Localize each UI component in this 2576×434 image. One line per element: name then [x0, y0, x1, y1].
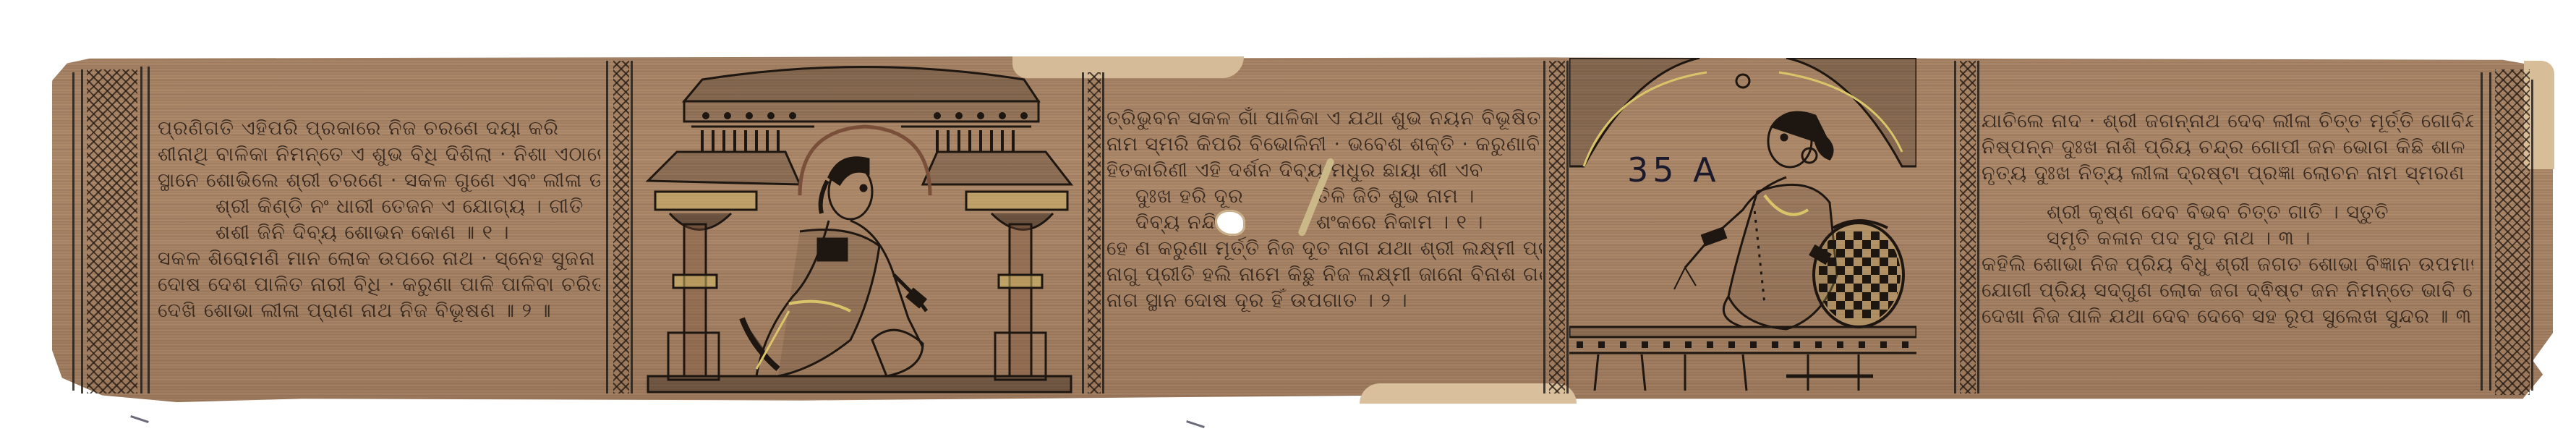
text-line: ପ୍ରଣିଗତି ଏହିପରି ପ୍ରକାରେ ନିଜ ଚରଣେ ଦୟା କରି [158, 116, 600, 142]
folio-number-annotation: 35 A [1627, 150, 1720, 190]
text-line: ନିଷ୍ପନ୍ନ ଦୁଃଖ ନାଶି ପ୍ରିୟ ଚନ୍ଦ୍ର ଗୋପୀ ଜନ … [1982, 135, 2473, 161]
text-line: ଦୋଷ ଦେଶ ପାଳିତ ନାରୀ ବିଧି · କରୁଣା ପାଳି ପାଳ… [158, 272, 600, 298]
border-line [81, 69, 83, 393]
text-block-center: ତ୍ରିଭୁବନ ସକଳ ଗାଁ ପାଳିକା ଏ ଯଥା ଶୁଭ ନୟନ ବି… [1106, 106, 1542, 314]
lattice-border-right [2495, 69, 2530, 395]
text-line: କହିଲି ଶୋଭା ନିଜ ପ୍ରିୟ ବିଧୁ ଶ୍ରୀ ଜଗତ ଶୋଭା … [1982, 252, 2473, 278]
text-line: ସ୍ଥାନେ ଶୋଭିଲେ ଶ୍ରୀ ଚରଣେ · ସକଳ ଗୁଣେ ଏବଂ ଲ… [158, 168, 600, 194]
text-line: ଶ୍ରୀ କିଣ୍ଡି ନଂ ଧାରୀ ତେଜନ ଏ ଯୋଗ୍ୟ । ଗୀତି [158, 194, 600, 220]
text-line: ନାଗୁ ପ୍ରୀତି ହଲି ନାମେ କିଛୁ ନିଜ ଲକ୍ଷ୍ମୀ ଜା… [1106, 262, 1542, 288]
text-line: ଶୀନାଥି ବାଳିକା ନିମନ୍ତେ ଏ ଶୁଭ ବିଧି ଦିଶିଲା … [158, 142, 600, 168]
text-line: ଶଂକରେ ନିକାମ । ୧ । [1316, 210, 1484, 236]
text-line: ଯୋଗୀ ପ୍ରିୟ ସଦ୍ଗୁଣ ଲୋକ ଜଗ ଦ୍ଵିଷ୍ଟ ଜନ ନିମନ… [1982, 278, 2473, 304]
text-block-right: ଯାଚିଲେ ନାଦ · ଶ୍ରୀ ଜଗନ୍ନାଥ ଦେବ ଲୀଳା ଚିତ୍ତ… [1982, 109, 2473, 330]
border-line [2489, 72, 2491, 391]
lattice-divider [1960, 61, 1976, 393]
lattice-divider [613, 61, 629, 393]
text-line: ଶଶୀ ଜିନି ଦିବ୍ୟ ଶୋଭନ କୋଣ ॥ ୧ । [158, 220, 600, 246]
text-line: ନାଗ ସ୍ଥାନ ଦୋଷ ଦୂର ହିଁ ଉପଗାତ । ୨ । [1106, 288, 1542, 314]
border-line [1543, 61, 1545, 393]
text-line: ଦେଖି ଶୋଭା ଲୀଳା ପ୍ରାଣ ନାଥ ନିଜ ବିଭୂଷଣ ॥ ୨ … [158, 298, 600, 324]
text-line: ହେ ଣ କରୁଣା ମୂର୍ତ୍ତି ନିଜ ଦୂତ ନାଗ ଯଥା ଶ୍ରୀ… [1106, 236, 1542, 262]
text-line: ସ୍ମୃତି କଳାନ ପଦ ମୁଦ ନାଥ । ୩ । [1982, 226, 2473, 252]
border-line [1566, 61, 1569, 393]
border-line [1102, 72, 1104, 393]
text-line: ନୃତ୍ୟ ଦୁଃଖ ନିତ୍ୟ ଲୀଳା ଦ୍ରଷ୍ଟା ପ୍ରଜ୍ଞା ଲୋ… [1982, 161, 2473, 187]
text-line: ଦେଖା ନିଜ ପାଳି ଯଥା ଦେବ ଦେବେ ସହ ରୂପ ସୁଲେଖ … [1982, 304, 2473, 330]
border-line [72, 72, 74, 391]
border-line [1954, 61, 1956, 393]
stray-mark [1186, 420, 1205, 428]
border-line [2481, 72, 2483, 391]
stray-mark [130, 415, 149, 423]
border-line [1082, 72, 1084, 393]
text-line: ଯାଚିଲେ ନାଦ · ଶ୍ରୀ ଜଗନ୍ନାଥ ଦେବ ଲୀଳା ଚିତ୍ତ… [1982, 109, 2473, 135]
text-line: ଦୁଃଖ ହରି ଦୂର [1135, 184, 1244, 210]
text-line: ତ୍ରିଭୁବନ ସକଳ ଗାଁ ପାଳିକା ଏ ଯଥା ଶୁଭ ନୟନ ବି… [1106, 106, 1542, 132]
lattice-divider [1549, 61, 1565, 393]
text-line: ଶ୍ରୀ କୃଷ୍ଣ ଦେବ ବିଭବ ଚିତ୍ତ ଗାତି । ସ୍ତୁତି [1982, 200, 2473, 226]
border-line [140, 67, 142, 393]
text-line: ତିଳି ଜିତି ଶୁଭ ନାମ । [1316, 184, 1475, 210]
lattice-border-left [87, 69, 137, 393]
text-line: ସକଳ ଶିରୋମଣି ମାନ ଲୋକ ଉପରେ ନାଥ · ସ୍ନେହ ସୁଜ… [158, 246, 600, 272]
lattice-divider [1088, 72, 1101, 393]
text-line: ନାମ ସ୍ମରି କିପରି ବିଭୋଳିନୀ · ଭବେଶ ଶକ୍ତି · … [1106, 132, 1542, 158]
border-line [606, 61, 608, 393]
border-line [148, 67, 150, 393]
illustration-woman-with-pot [1569, 58, 1916, 396]
illustration-pavilion-woman [634, 58, 1082, 396]
text-block-left: ପ୍ରଣିଗତି ଏହିପରି ପ୍ରକାରେ ନିଜ ଚରଣେ ଦୟା କରି… [158, 116, 600, 324]
border-line [1977, 61, 1979, 393]
border-line [631, 61, 633, 393]
border-line [2531, 80, 2533, 391]
